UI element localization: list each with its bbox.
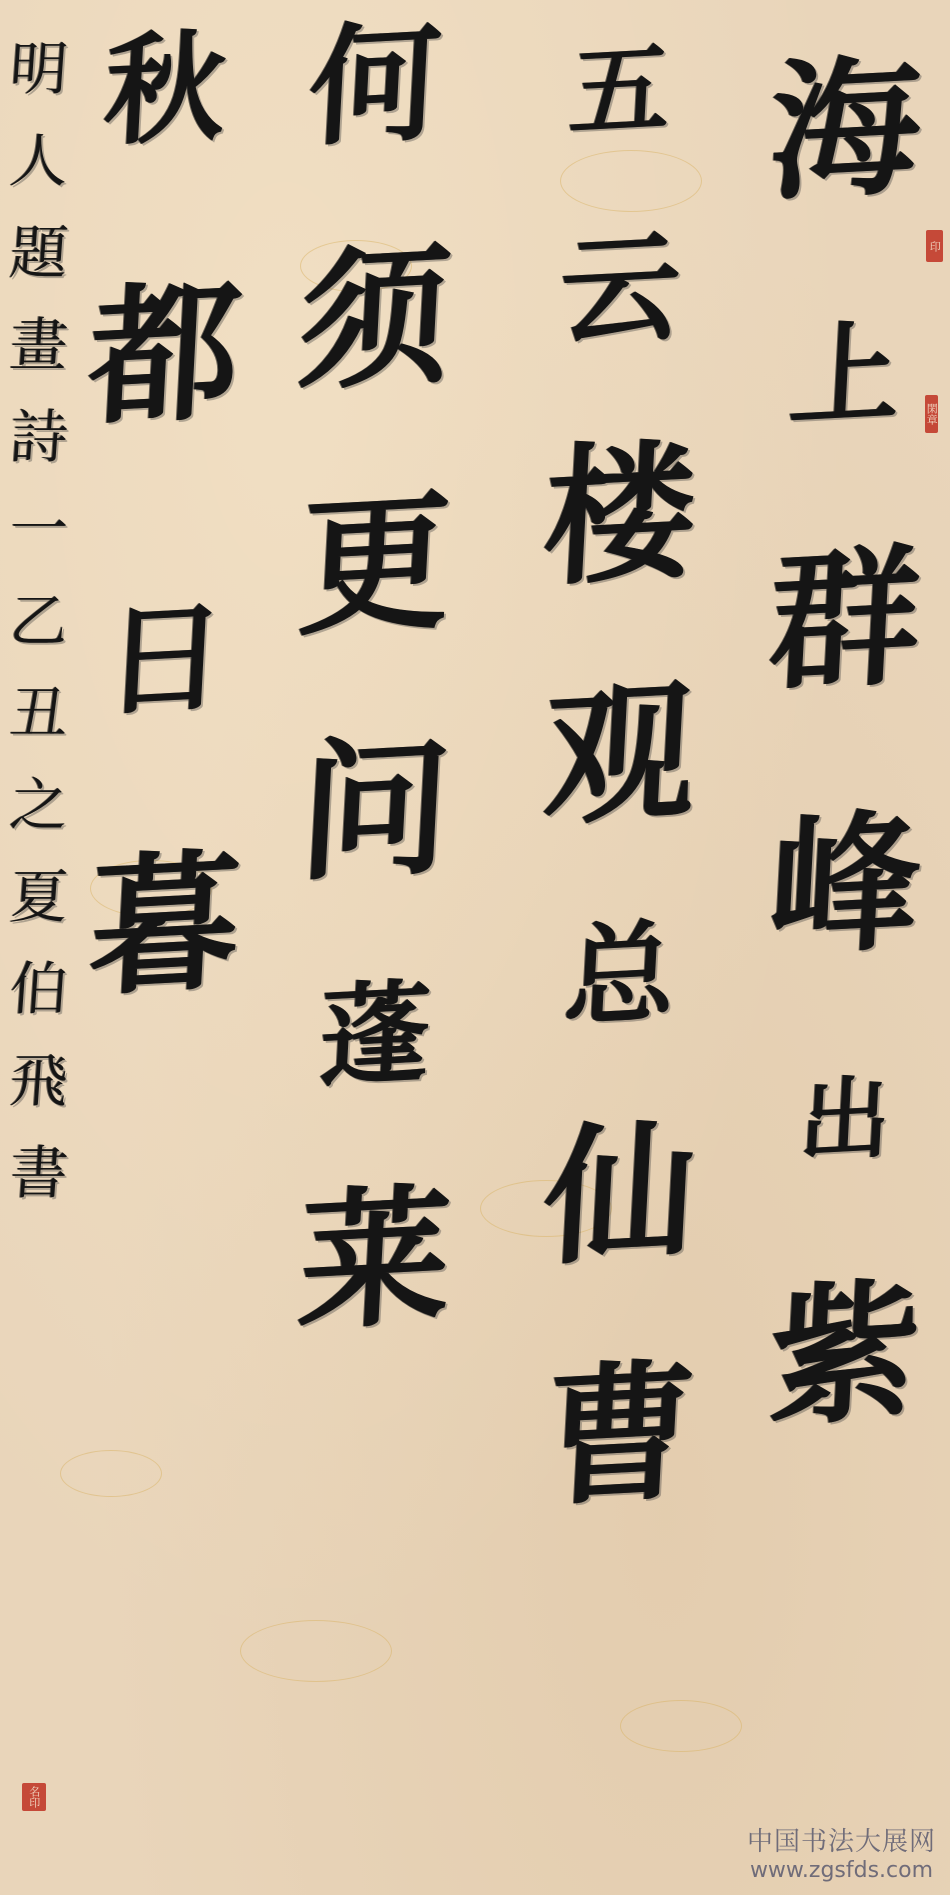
calligraphy-char: 观 xyxy=(541,676,700,834)
calligraphy-char: 峰 xyxy=(766,806,925,964)
inscription-char: 乙 xyxy=(8,592,70,650)
calligraphy-char: 何 xyxy=(306,17,443,154)
inscription-char: 明 xyxy=(8,40,70,98)
inscription-char: 一 xyxy=(8,500,70,558)
calligraphy-char: 出 xyxy=(797,1073,892,1168)
seal-stamp: 印 xyxy=(926,230,943,262)
watermark: 中国书法大展网 www.zgsfds.com xyxy=(747,1821,936,1883)
calligraphy-char: 群 xyxy=(766,541,925,699)
inscription-char: 詩 xyxy=(8,408,70,466)
inscription-char: 書 xyxy=(8,1144,70,1202)
calligraphy-char: 仙 xyxy=(541,1116,700,1274)
calligraphy-char: 总 xyxy=(562,917,678,1033)
calligraphy-char: 须 xyxy=(296,241,455,399)
calligraphy-char: 暮 xyxy=(86,846,245,1004)
watermark-url: www.zgsfds.com xyxy=(747,1858,936,1883)
seal-stamp: 名印 xyxy=(22,1783,46,1811)
text-column-1: 海 上 群 峰 出 紫 xyxy=(745,0,945,1430)
calligraphy-char: 海 xyxy=(766,51,925,209)
gold-cloud-pattern xyxy=(620,1700,742,1752)
calligraphy-char: 云 xyxy=(557,227,684,353)
inscription-char: 夏 xyxy=(8,868,70,926)
text-column-2: 五 云 楼 观 总 仙 曹 xyxy=(520,0,720,1510)
inscription-char: 畫 xyxy=(8,316,70,374)
watermark-site-name: 中国书法大展网 xyxy=(747,1821,936,1858)
text-column-4: 秋 都 日 暮 xyxy=(70,0,260,1000)
calligraphy-char: 上 xyxy=(787,317,903,433)
calligraphy-char: 紫 xyxy=(766,1276,925,1434)
inscription-char: 丑 xyxy=(8,684,70,742)
calligraphy-char: 莱 xyxy=(296,1181,455,1339)
inscription-char: 題 xyxy=(8,224,70,282)
inscription-char: 伯 xyxy=(8,960,70,1018)
gold-cloud-pattern xyxy=(240,1620,392,1682)
gold-cloud-pattern xyxy=(60,1450,162,1497)
calligraphy-char: 曹 xyxy=(541,1356,700,1514)
calligraphy-char: 楼 xyxy=(541,436,700,594)
calligraphy-char: 更 xyxy=(296,486,455,644)
calligraphy-char: 秋 xyxy=(102,27,229,153)
inscription-column: 明 人 題 畫 詩 一 乙 丑 之 夏 伯 飛 書 xyxy=(4,0,74,1202)
calligraphy-char: 都 xyxy=(86,276,245,434)
calligraphy-char: 蓬 xyxy=(317,977,433,1093)
inscription-char: 之 xyxy=(8,776,70,834)
text-column-3: 何 须 更 问 蓬 莱 xyxy=(270,0,480,1335)
calligraphy-char: 五 xyxy=(567,37,673,142)
inscription-char: 飛 xyxy=(8,1052,70,1110)
seal-stamp: 閑章 xyxy=(925,395,938,433)
calligraphy-char: 日 xyxy=(102,597,229,723)
calligraphy-scroll: 海 上 群 峰 出 紫 五 云 楼 观 总 仙 曹 何 须 更 问 蓬 莱 秋 … xyxy=(0,0,950,1895)
calligraphy-char: 问 xyxy=(296,731,455,889)
inscription-char: 人 xyxy=(8,132,70,190)
